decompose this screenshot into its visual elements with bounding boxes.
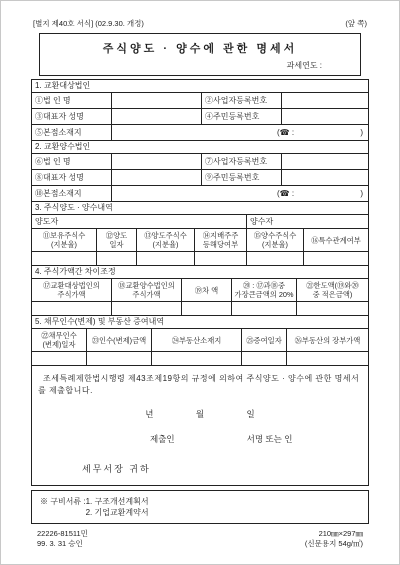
tax-year-label: 과세연도 : (40, 60, 360, 71)
col-debt-assumption-date: ㉒채무인수(변제)일자 (32, 329, 87, 351)
col-held-shares: ⑪보유주식수(지분율) (32, 229, 97, 251)
col-assumption-amount: ㉓인수(변제)금액 (87, 329, 152, 351)
data-cell (32, 252, 97, 265)
data-cell (137, 252, 195, 265)
footer-left: 22226-81511민 99. 3. 31 승인 (37, 529, 88, 549)
submitter-label: 제출인 (150, 433, 175, 445)
form-page: [별지 제40호 서식] (02.9.30. 개정) (앞 쪽) 주식양도 · … (0, 0, 400, 565)
data-cell (32, 352, 87, 365)
data-cell (195, 252, 247, 265)
col-property-location: ㉔부동산소재지 (152, 329, 242, 351)
doc-item: 1. 구조개선계획서 (86, 496, 149, 507)
table-header-row: ⑪보유주식수(지분율) ⑫양도일자 ⑬양도주식수(지분율) ⑭지배주주등해당여부… (32, 229, 368, 252)
acquirer-hq-address-label: ⑩본점소재지 (32, 186, 112, 201)
col-acquired-shares: ⑮양수주식수(지분율) (247, 229, 304, 251)
data-cell (232, 302, 297, 315)
section-4-title: 4. 주식가액간 차이조정 (32, 266, 368, 279)
data-cell (304, 252, 368, 265)
col-transferred-shares: ⑬양도주식수(지분율) (137, 229, 195, 251)
section-5-title: 5. 채무인수(변제) 및 부동산 증여내역 (32, 316, 368, 329)
required-documents-box: ※ 구비서류 : 1. 구조개선계획서 2. 기업교환계약서 (31, 490, 369, 524)
table-row: ①법 인 명 ②사업자등록번호 (32, 93, 368, 109)
table-row: ③대표자 성명 ④주민등록번호 (32, 109, 368, 125)
biz-reg-no-label: ②사업자등록번호 (202, 93, 282, 108)
form-ref: [별지 제40호 서식] (02.9.30. 개정) (33, 19, 144, 28)
col-special-relation: ⑯특수관계여부 (304, 229, 368, 251)
phone-close-paren: ) (360, 128, 363, 137)
acquirer-biz-reg-no-label: ⑦사업자등록번호 (202, 154, 282, 169)
acquirer-corp-name-label: ⑥법 인 명 (32, 154, 112, 169)
hq-address-label: ⑤본점소재지 (32, 125, 112, 140)
declaration-text: 조세특례제한법시행령 제43조제19항의 규정에 의하여 주식양도 · 양수에 … (38, 373, 362, 397)
submitter-line: 제출인 서명 또는 인 (38, 433, 362, 445)
table-group-header-row: 양도자 양수자 (32, 215, 368, 229)
table-row: ⑧대표자 성명 ⑨주민등록번호 (32, 170, 368, 186)
col-twenty-percent: ⑳ : ⑰과⑱중가장큰금액의 20% (232, 279, 297, 301)
doc-item: 2. 기업교환계약서 (86, 507, 149, 518)
table-row: ⑥법 인 명 ⑦사업자등록번호 (32, 154, 368, 170)
biz-reg-no-value (282, 93, 368, 108)
data-cell (97, 252, 137, 265)
section-3-title: 3. 주식양도 · 양수내역 (32, 202, 368, 215)
table-data-row (32, 252, 368, 266)
data-cell (182, 302, 232, 315)
data-cell (287, 352, 368, 365)
col-difference: ⑲차 액 (182, 279, 232, 301)
phone-close-paren: ) (360, 189, 363, 198)
acquirer-biz-reg-no-value (282, 154, 368, 169)
date-line: 년 월 일 (38, 408, 362, 420)
corp-name-label: ①법 인 명 (32, 93, 112, 108)
corp-name-value (112, 93, 202, 108)
data-cell (32, 302, 112, 315)
table-row: ⑤본점소재지 (☎ : ) (32, 125, 368, 141)
form-body: 1. 교환대상법인 ①법 인 명 ②사업자등록번호 ③대표자 성명 ④주민등록번… (31, 79, 369, 486)
col-target-share-value: ⑰교환대상법인의주식가액 (32, 279, 112, 301)
approval-date: 99. 3. 31 승인 (37, 539, 88, 549)
paper-size: 210㎜×297㎜ (305, 529, 363, 539)
form-content: [별지 제40호 서식] (02.9.30. 개정) (앞 쪽) 주식양도 · … (31, 19, 369, 549)
table-header-row: ⑰교환대상법인의주식가액 ⑱교환양수법인의주식가액 ⑲차 액 ⑳ : ⑰과⑱중가… (32, 279, 368, 302)
form-title: 주식양도 · 양수에 관한 명세서 (40, 40, 360, 56)
docs-prefix: ※ 구비서류 : (40, 496, 86, 518)
day-label: 일 (246, 409, 254, 419)
reference-line: [별지 제40호 서식] (02.9.30. 개정) (앞 쪽) (33, 19, 367, 28)
docs-items: 1. 구조개선계획서 2. 기업교환계약서 (86, 496, 149, 518)
footer-right: 210㎜×297㎜ (신문용지 54g/㎡) (305, 529, 363, 549)
month-label: 월 (196, 409, 204, 419)
col-gift-date: ㉕증여일자 (242, 329, 287, 351)
col-acquirer-share-value: ⑱교환양수법인의주식가액 (112, 279, 182, 301)
transferee-group-header: 양수자 (247, 215, 368, 228)
col-limit-amount: ㉑한도액(⑲와⑳중 적은금액) (297, 279, 368, 301)
table-data-row (32, 352, 368, 366)
data-cell (112, 302, 182, 315)
hq-address-value: (☎ : ) (112, 125, 368, 140)
table-row: ⑩본점소재지 (☎ : ) (32, 186, 368, 202)
table-data-row (32, 302, 368, 316)
resident-no-value (282, 109, 368, 124)
section-2-title: 2. 교환양수법인 (32, 141, 368, 154)
data-cell (297, 302, 368, 315)
acquirer-resident-no-label: ⑨주민등록번호 (202, 170, 282, 185)
ceo-name-value (112, 109, 202, 124)
form-code: 22226-81511민 (37, 529, 88, 539)
table-header-row: ㉒채무인수(변제)일자 ㉓인수(변제)금액 ㉔부동산소재지 ㉕증여일자 ㉖부동산… (32, 329, 368, 352)
signature-label: 서명 또는 인 (247, 433, 293, 445)
data-cell (152, 352, 242, 365)
data-cell (87, 352, 152, 365)
paper-type: (신문용지 54g/㎡) (305, 539, 363, 549)
phone-icon: (☎ : (277, 189, 294, 198)
acquirer-resident-no-value (282, 170, 368, 185)
acquirer-corp-name-value (112, 154, 202, 169)
transferor-group-header: 양도자 (32, 215, 247, 228)
data-cell (242, 352, 287, 365)
col-property-book-value: ㉖부동산의 장부가액 (287, 329, 368, 351)
form-footer: 22226-81511민 99. 3. 31 승인 210㎜×297㎜ (신문용… (31, 529, 369, 549)
title-box: 주식양도 · 양수에 관한 명세서 과세연도 : (39, 33, 361, 76)
acquirer-ceo-name-label: ⑧대표자 성명 (32, 170, 112, 185)
col-controlling-shareholder: ⑭지배주주등해당여부 (195, 229, 247, 251)
data-cell (247, 252, 304, 265)
resident-no-label: ④주민등록번호 (202, 109, 282, 124)
phone-field: (☎ : ) (277, 128, 365, 137)
acquirer-ceo-name-value (112, 170, 202, 185)
col-transfer-date: ⑫양도일자 (97, 229, 137, 251)
phone-field: (☎ : ) (277, 189, 365, 198)
ceo-name-label: ③대표자 성명 (32, 109, 112, 124)
phone-icon: (☎ : (277, 128, 294, 137)
declaration-area: 조세특례제한법시행령 제43조제19항의 규정에 의하여 주식양도 · 양수에 … (32, 366, 368, 485)
recipient-label: 세무서장 귀하 (38, 462, 362, 475)
year-label: 년 (145, 409, 153, 419)
page-side-label: (앞 쪽) (345, 19, 367, 28)
section-1-title: 1. 교환대상법인 (32, 80, 368, 93)
acquirer-hq-address-value: (☎ : ) (112, 186, 368, 201)
